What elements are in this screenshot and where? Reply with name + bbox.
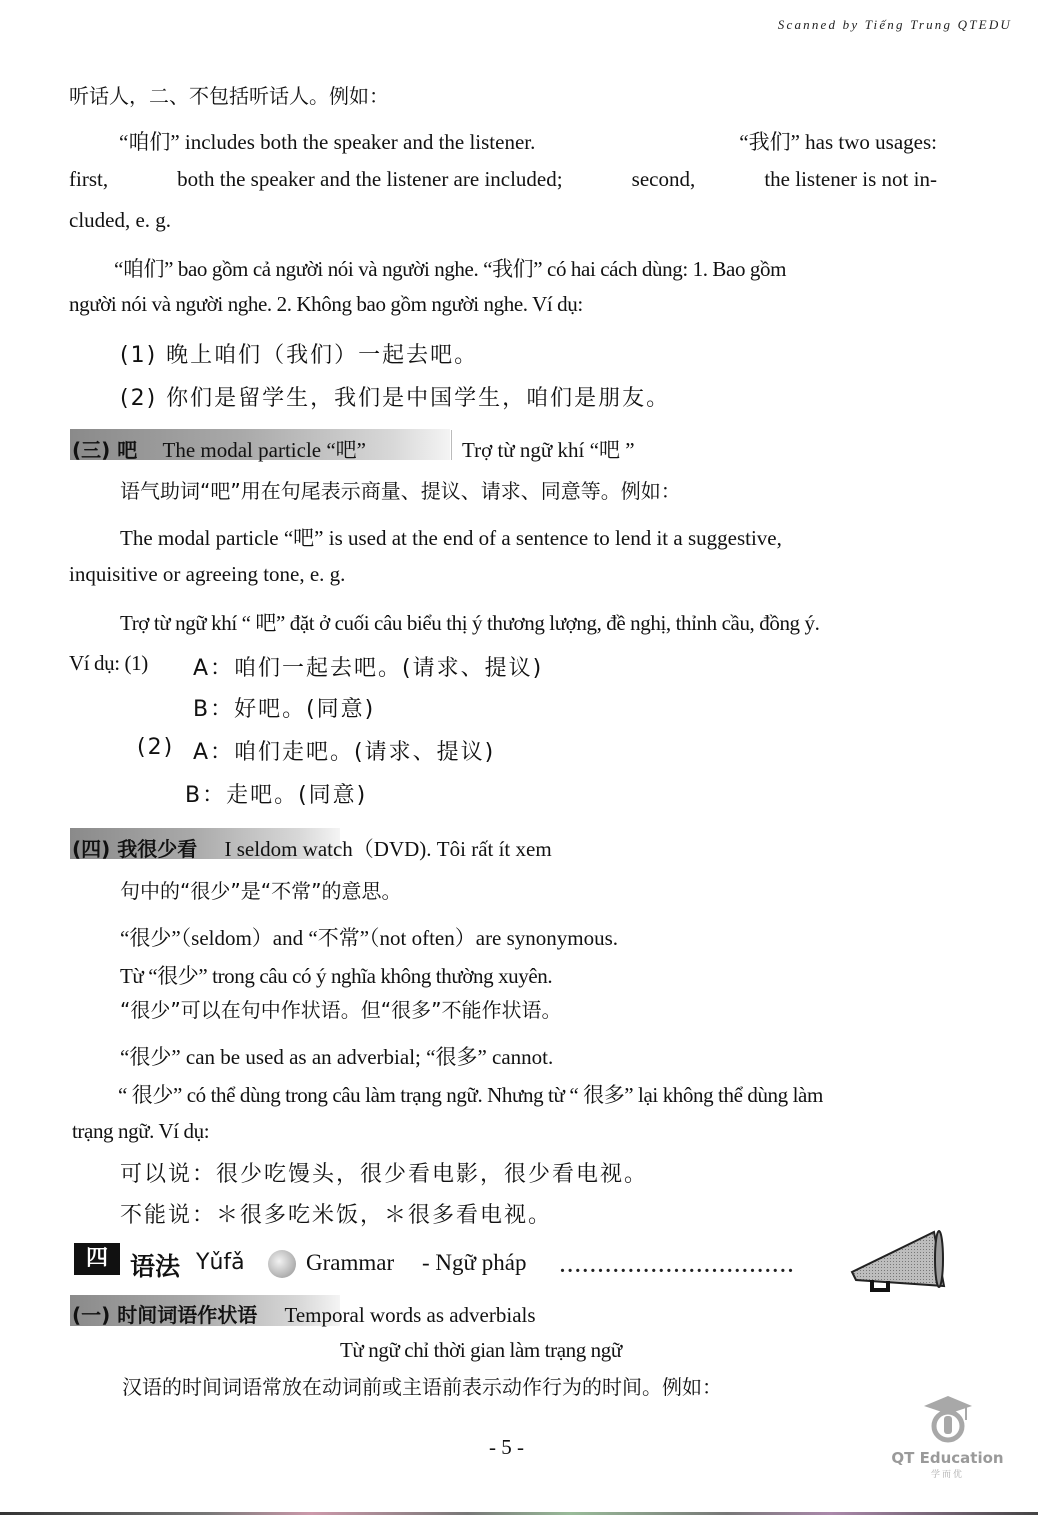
intro-vi-line1: “咱们” bao gồm cả người nói và người nghe.…: [114, 253, 934, 283]
grammar-section-number: 四: [74, 1243, 120, 1275]
grammar-sub1-header-cn: (一) 时间词语作状语: [72, 1303, 257, 1327]
intro-en-line2: first, both the speaker and the listener…: [69, 167, 937, 192]
section-ba-en-explain-1: The modal particle “吧” is used at the en…: [120, 522, 938, 552]
section-ba-en-explain-2: inquisitive or agreeing tone, e. g.: [69, 562, 345, 587]
grammar-title-cn: 语法: [130, 1247, 180, 1283]
grammar-title-en: Grammar: [306, 1250, 394, 1276]
grammar-title-dots: ...............................: [560, 1255, 796, 1278]
intro-en-word: second,: [632, 167, 696, 192]
section-ba-ex1-b: B：好吧。(同意): [193, 692, 375, 723]
intro-en-line1: “咱们” includes both the speaker and the l…: [119, 126, 937, 156]
section-ba-ex2-a: A：咱们走吧。(请求、提议): [193, 735, 495, 766]
intro-en-line1-left: “咱们” includes both the speaker and the l…: [119, 126, 535, 156]
grammar-title-pinyin: Yǔfǎ: [196, 1250, 245, 1275]
section-ba-header-en: The modal particle “吧”: [163, 438, 367, 462]
section-ba-ex2-b: B：走吧。(同意): [185, 778, 367, 809]
intro-example-2: (2) 你们是留学生，我们是中国学生，咱们是朋友。: [120, 381, 670, 412]
section-ba-ex2-num: (2): [137, 735, 174, 760]
grammar-sub1-cn: 汉语的时间词语常放在动词前或主语前表示动作行为的时间。例如：: [122, 1377, 722, 1397]
intro-en-line3: cluded, e. g.: [69, 208, 171, 233]
henshao-vi-line2a: “ 很少” có thể dùng trong câu làm trạng ng…: [118, 1079, 948, 1109]
intro-example-1: (1) 晚上咱们（我们）一起去吧。: [120, 338, 478, 369]
section-ba-header-cn: (三) 吧: [72, 438, 137, 462]
qt-education-logo: QT Education 学而优: [890, 1392, 1005, 1480]
henshao-cn-line2: “很少”可以在句中作状语。但“很多”不能作状语。: [120, 1000, 561, 1020]
logo-sub: 学而优: [890, 1467, 1005, 1480]
intro-en-line1-right: “我们” has two usages:: [739, 126, 937, 156]
intro-en-phrase: both the speaker and the listener are in…: [177, 167, 562, 192]
intro-vi-line2: người nói và người nghe. 2. Không bao gồ…: [69, 292, 583, 317]
henshao-en-line2: “很少” can be used as an adverbial; “很多” c…: [120, 1041, 553, 1071]
section-ba-header-vi: Trợ từ ngữ khí “吧 ”: [462, 434, 635, 464]
section-ba-ex1-a: A：咱们一起去吧。(请求、提议): [193, 651, 543, 682]
henshao-en-line1: “很少”（seldom）and “不常”（not often）are synon…: [120, 922, 618, 952]
section-ba-vi-explain: Trợ từ ngữ khí “ 吧” đặt ở cuối câu biểu …: [120, 607, 819, 637]
henshao-vi-line1: Từ “很少” trong câu có ý nghĩa không thườn…: [120, 960, 552, 990]
header-divider: [451, 430, 452, 460]
megaphone-icon: [848, 1228, 948, 1296]
section-ba-header: (三) 吧 The modal particle “吧”: [72, 434, 366, 464]
henshao-can-say: 可以说：很少吃馒头，很少看电影，很少看电视。: [120, 1157, 648, 1188]
section-ba-example-label: Ví dụ: (1): [69, 651, 148, 676]
henshao-vi-line2b: trạng ngữ. Ví dụ:: [72, 1119, 209, 1144]
grammar-sub1-header-en: Temporal words as adverbials: [285, 1303, 536, 1327]
section-henshao-header: (四) 我很少看 I seldom watch（DVD). Tôi rất ít…: [72, 833, 552, 863]
henshao-cn-line1: 句中的“很少”是“不常”的意思。: [120, 881, 401, 901]
grammar-title-vi: - Ngữ pháp: [422, 1250, 526, 1276]
section-henshao-header-cn: (四) 我很少看: [72, 837, 197, 861]
intro-en-word: first,: [69, 167, 108, 192]
section-ba-cn-explain: 语气助词“吧”用在句尾表示商量、提议、请求、同意等。例如：: [120, 481, 681, 501]
scan-credit: Scanned by Tiếng Trung QTEDU: [778, 17, 1012, 33]
grammar-sub1-header: (一) 时间词语作状语 Temporal words as adverbials: [72, 1299, 536, 1328]
intro-en-phrase: the listener is not in-: [764, 167, 937, 192]
graduation-cap-icon: [920, 1392, 976, 1444]
logo-name: QT Education: [890, 1449, 1005, 1467]
grammar-orb-icon: [268, 1250, 296, 1278]
page-number: - 5 -: [489, 1435, 524, 1460]
henshao-cannot-say: 不能说：＊很多吃米饭，＊很多看电视。: [120, 1198, 552, 1229]
intro-cn-continuation: 听话人，二、不包括听话人。例如：: [69, 86, 389, 106]
grammar-sub1-header-vi: Từ ngữ chỉ thời gian làm trạng ngữ: [340, 1338, 622, 1363]
section-henshao-header-rest: I seldom watch（DVD). Tôi rất ít xem: [225, 837, 552, 861]
